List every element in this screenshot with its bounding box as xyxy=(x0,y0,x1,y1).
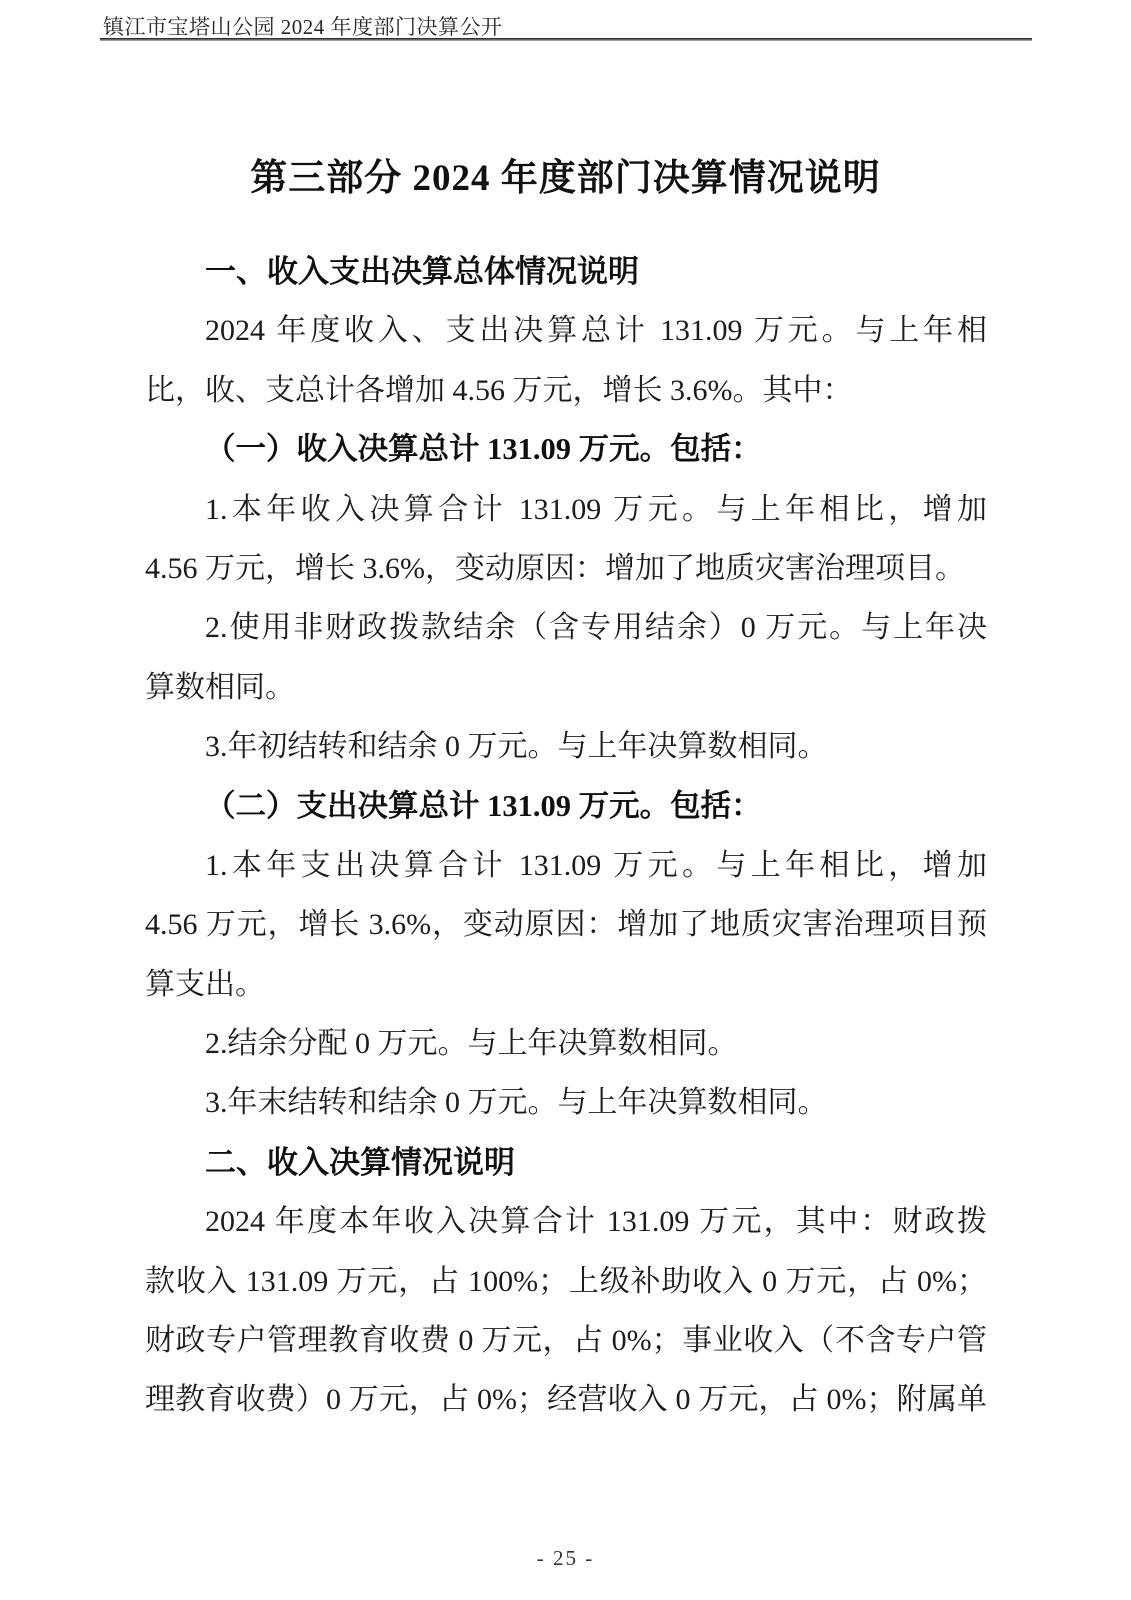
page-number: - 25 - xyxy=(537,1546,595,1570)
header-title: 镇江市宝塔山公园 2024 年度部门决算公开 xyxy=(103,11,503,41)
section-heading: （一）收入决算总计 131.09 万元。包括： xyxy=(145,420,987,479)
paragraph-line: 3.年初结转和结余 0 万元。与上年决算数相同。 xyxy=(145,717,987,776)
document-body: 一、收入支出决算总体情况说明2024 年度收入、支出决算总计 131.09 万元… xyxy=(145,242,987,1430)
page-footer: - 25 - xyxy=(0,1546,1131,1571)
header-divider xyxy=(100,38,1032,41)
paragraph-line: 1.本年收入决算合计 131.09 万元。与上年相比，增加 xyxy=(145,480,987,539)
paragraph-line: 1.本年支出决算合计 131.09 万元。与上年相比，增加 xyxy=(145,836,987,895)
paragraph-line: 2.结余分配 0 万元。与上年决算数相同。 xyxy=(145,1014,987,1073)
document-page: 镇江市宝塔山公园 2024 年度部门决算公开 第三部分 2024 年度部门决算情… xyxy=(0,0,1131,1600)
document-title: 第三部分 2024 年度部门决算情况说明 xyxy=(0,147,1131,201)
paragraph-line: 2.使用非财政拨款结余（含专用结余）0 万元。与上年决 xyxy=(145,598,987,657)
paragraph-line: 4.56 万元，增长 3.6%，变动原因：增加了地质灾害治理项目。 xyxy=(145,539,987,598)
paragraph-line: 2024 年度收入、支出决算总计 131.09 万元。与上年相 xyxy=(145,301,987,360)
paragraph-line: 比，收、支总计各增加 4.56 万元，增长 3.6%。其中： xyxy=(145,361,987,420)
section-heading: 二、收入决算情况说明 xyxy=(145,1133,987,1192)
paragraph-line: 2024 年度本年收入决算合计 131.09 万元，其中：财政拨 xyxy=(145,1192,987,1251)
paragraph-line: 算数相同。 xyxy=(145,658,987,717)
paragraph-line: 3.年末结转和结余 0 万元。与上年决算数相同。 xyxy=(145,1073,987,1132)
paragraph-line: 算支出。 xyxy=(145,955,987,1014)
paragraph-line: 理教育收费）0 万元，占 0%；经营收入 0 万元，占 0%；附属单 xyxy=(145,1370,987,1429)
paragraph-line: 款收入 131.09 万元，占 100%；上级补助收入 0 万元，占 0%； xyxy=(145,1252,987,1311)
section-heading: 一、收入支出决算总体情况说明 xyxy=(145,242,987,301)
section-heading: （二）支出决算总计 131.09 万元。包括： xyxy=(145,777,987,836)
paragraph-line: 财政专户管理教育收费 0 万元，占 0%；事业收入（不含专户管 xyxy=(145,1311,987,1370)
paragraph-line: 4.56 万元，增长 3.6%，变动原因：增加了地质灾害治理项目预 xyxy=(145,895,987,954)
